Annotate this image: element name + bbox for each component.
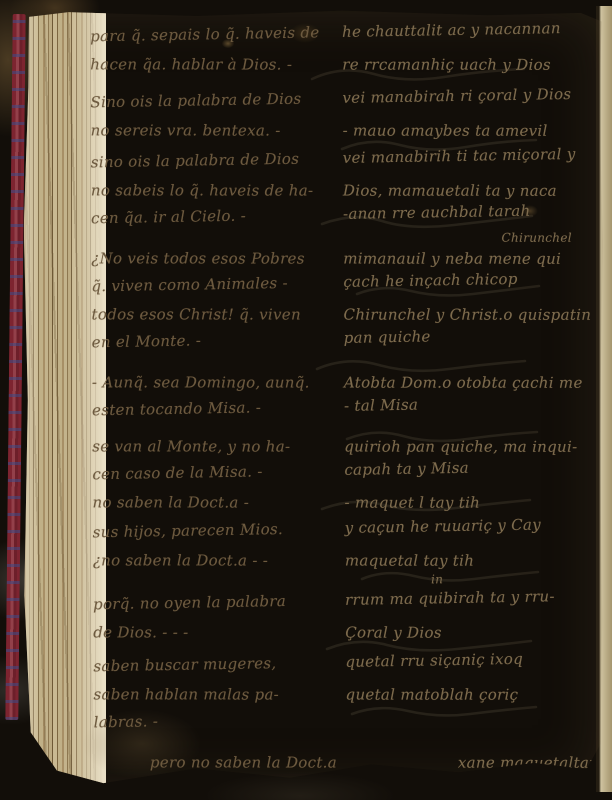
manuscript-line: porq̃. no oyen la palabrainrrum ma quibi…: [93, 581, 599, 618]
kiche-text: Çoral y Dios: [345, 624, 442, 642]
kiche-text-wrap: - tal Misa: [344, 387, 598, 419]
manuscript-line: Sino ois la palabra de Diosvei manabirah…: [90, 79, 596, 116]
manuscript-page: para q̃. sepais lo q̃. haveis dehe chaut…: [22, 9, 604, 791]
kiche-text-wrap: vei manabirah ri çoral y Dios: [342, 79, 596, 111]
interlinear-note: in: [431, 573, 443, 585]
kiche-text-wrap: [345, 699, 599, 731]
kiche-text-wrap: he chauttalit ac y nacannan: [342, 14, 596, 46]
spanish-text: saben buscar mugeres,: [93, 648, 345, 680]
kiche-text: pan quiche: [344, 327, 431, 347]
kiche-text: - tal Misa: [344, 396, 418, 415]
spanish-text: porq̃. no oyen la palabra: [93, 586, 345, 618]
spanish-text: esten tocando Misa. -: [92, 392, 344, 424]
kiche-text: maquetal tay tih: [345, 552, 474, 570]
kiche-text: çach he inçach chicop: [343, 270, 518, 291]
kiche-text-wrap: capah ta y Misa: [344, 451, 598, 483]
kiche-text-wrap: xane maquetaltay tih: [458, 749, 612, 777]
kiche-text-wrap: quetal rru siçaniç ixoq: [345, 643, 599, 675]
kiche-text: y caçun he ruuariç y Cay: [345, 516, 542, 537]
spanish-text: sino ois la palabra de Dios: [91, 144, 343, 176]
kiche-text-wrap: re rrcamanhiç uach y Dios: [342, 51, 596, 79]
spanish-text: cen q̃a. ir al Cielo. -: [91, 200, 343, 232]
kiche-text: vei manabirah ri çoral y Dios: [342, 85, 571, 107]
manuscript-line: de Dios. - - -Çoral y Dios: [93, 618, 599, 646]
spanish-text: para q̃. sepais lo q̃. haveis de: [90, 18, 342, 50]
kiche-text: he chauttalit ac y nacannan: [342, 19, 561, 41]
manuscript-photo: para q̃. sepais lo q̃. haveis dehe chaut…: [0, 0, 612, 800]
kiche-text-wrap: y caçun he ruuariç y Cay: [344, 509, 598, 541]
kiche-text: vei manabirih ti tac miçoral y: [343, 145, 576, 167]
kiche-text: -anan rre auchbal tarah: [343, 202, 531, 223]
kiche-text-wrap: pan quiche: [343, 319, 597, 351]
manuscript-line: hacen q̃a. hablar à Dios. -re rrcamanhiç…: [90, 50, 596, 78]
spanish-text: Sino ois la palabra de Dios: [90, 84, 342, 116]
spanish-text: q̃. viven como Animales -: [91, 268, 343, 300]
spanish-text: hacen q̃a. hablar à Dios. -: [90, 50, 342, 78]
kiche-text: rrum ma quibirah ta y rru-: [345, 587, 555, 609]
interlinear-note: Chirunchel: [502, 232, 572, 244]
manuscript-line: para q̃. sepais lo q̃. haveis dehe chaut…: [90, 14, 596, 51]
spanish-text: pero no saben la Doct.a: [94, 748, 458, 776]
spanish-text: en el Monte. -: [91, 324, 343, 356]
spanish-text: cen caso de la Misa. -: [92, 456, 344, 488]
kiche-text: - mauo amaybes ta amevil: [343, 122, 548, 140]
kiche-text-wrap: çach he inçach chicop: [343, 263, 597, 295]
spanish-text: labras. -: [93, 704, 345, 736]
kiche-text: xane maquetaltay tih: [458, 754, 612, 772]
manuscript-line: sino ois la palabra de Diosvei manabirih…: [91, 139, 597, 176]
manuscript-line: ¿no saben la Doct.a - -maquetal tay tih: [93, 546, 599, 574]
spanish-text: no sereis vra. bentexa. -: [91, 116, 343, 144]
manuscript-line: saben buscar mugeres,quetal rru siçaniç …: [93, 643, 599, 680]
spanish-text: no saben la Doct.a -: [93, 488, 345, 516]
kiche-text: quetal rru siçaniç ixoq: [345, 650, 523, 671]
kiche-text: re rrcamanhiç uach y Dios: [342, 56, 551, 74]
kiche-text-wrap: -anan rre auchbal tarah: [343, 195, 597, 227]
kiche-text-wrap: maquetal tay tih: [345, 547, 599, 575]
kiche-text: - maquet l tay tih: [345, 494, 481, 512]
spanish-text: de Dios. - - -: [93, 618, 345, 646]
manuscript-line: pero no saben la Doct.axane maquetaltay …: [94, 748, 600, 776]
spanish-text: sus hijos, parecen Mios.: [92, 514, 344, 546]
spanish-text: ¿no saben la Doct.a - -: [93, 546, 345, 574]
kiche-text: capah ta y Misa: [344, 459, 469, 479]
kiche-text-wrap: inrrum ma quibirah ta y rru-: [345, 581, 599, 613]
marbled-book-edge: [5, 14, 25, 720]
kiche-text-wrap: vei manabirih ti tac miçoral y: [342, 139, 596, 171]
manuscript-text: para q̃. sepais lo q̃. haveis dehe chaut…: [90, 20, 600, 777]
kiche-text-wrap: Çoral y Dios: [345, 619, 599, 647]
